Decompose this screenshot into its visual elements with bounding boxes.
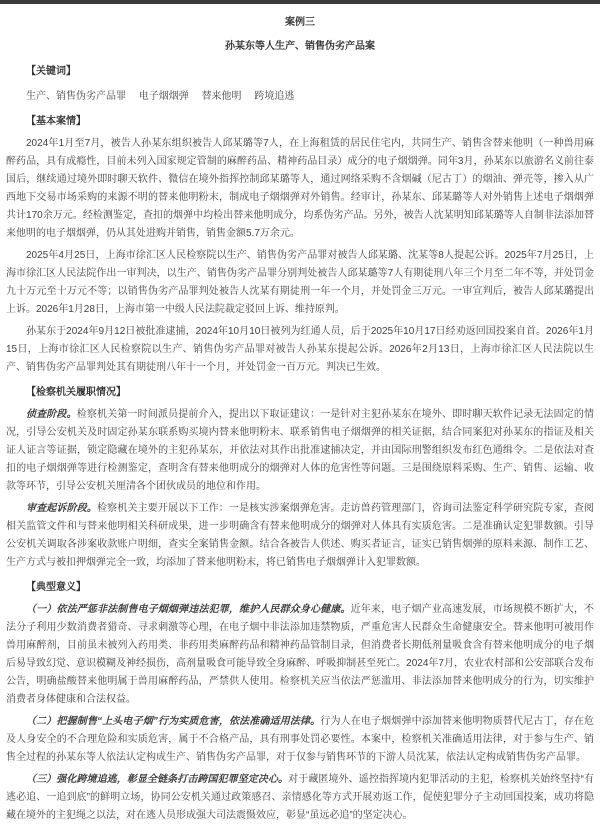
basic-facts-paragraph-1: 2024年1月至7月，被告人孙某东组织被告人邱某璐等7人，在上海租赁的居民住宅内… — [6, 135, 594, 243]
significance-lead-2: （二）把握制售“上头电子烟”行为实质危害，依法准确适用法律。 — [26, 716, 320, 727]
stage-lead-investigation: 侦查阶段。 — [26, 409, 77, 420]
significance-paragraph-2: （二）把握制售“上头电子烟”行为实质危害，依法准确适用法律。行为人在电子烟烟弹中… — [6, 713, 594, 767]
case-number-title: 案例三 — [6, 13, 594, 32]
basic-facts-heading: 【基本案情】 — [6, 113, 594, 131]
keywords-line: 生产、销售伪劣产品罪 电子烟烟弹 替来他明 跨境追逃 — [6, 88, 594, 106]
keyword-item: 电子烟烟弹 — [139, 91, 189, 102]
duty-paragraph-investigation: 侦查阶段。检察机关第一时间派员提前介入，提出以下取证建议：一是针对主犯孙某东在境… — [6, 406, 594, 496]
significance-lead-3: （三）强化跨境追逃，彰显全链条打击跨国犯罪坚定决心。 — [26, 774, 288, 785]
stage-body-investigation: 检察机关第一时间派员提前介入，提出以下取证建议：一是针对主犯孙某东在境外、即时聊… — [6, 409, 594, 492]
keywords-heading: 【关键词】 — [6, 63, 594, 81]
significance-lead-1: （一）依法严惩非法制售电子烟烟弹违法犯罪，维护人民群众身心健康。 — [26, 604, 351, 615]
stage-lead-prosecution-review: 审查起诉阶段。 — [26, 503, 97, 514]
significance-heading: 【典型意义】 — [6, 579, 594, 597]
keyword-item: 跨境追逃 — [254, 91, 294, 102]
significance-body-1: 近年来，电子烟产业高速发展，市场规模不断扩大，不法分子利用少数消费者猎奇、寻求刺… — [6, 604, 594, 705]
significance-paragraph-3: （三）强化跨境追逃，彰显全链条打击跨国犯罪坚定决心。对于藏匿境外、遥控指挥境内犯… — [6, 771, 594, 825]
keyword-item: 替来他明 — [202, 91, 242, 102]
keyword-item: 生产、销售伪劣产品罪 — [26, 91, 126, 102]
duty-heading: 【检察机关履职情况】 — [6, 384, 594, 402]
duty-paragraph-prosecution-review: 审查起诉阶段。检察机关主要开展以下工作：一是核实涉案烟弹危害。走访兽药管理部门，… — [6, 500, 594, 572]
case-document: 案例三 孙某东等人生产、销售伪劣产品案 【关键词】 生产、销售伪劣产品罪 电子烟… — [0, 4, 600, 833]
basic-facts-paragraph-3: 孙某东于2024年9月12日被批准逮捕，2024年10月10日被列为红通人员，后… — [6, 323, 594, 377]
case-title: 孙某东等人生产、销售伪劣产品案 — [6, 37, 594, 56]
basic-facts-paragraph-2: 2025年4月25日，上海市徐汇区人民检察院以生产、销售伪劣产品罪对被告人邱某璐… — [6, 247, 594, 319]
significance-paragraph-1: （一）依法严惩非法制售电子烟烟弹违法犯罪，维护人民群众身心健康。近年来，电子烟产… — [6, 601, 594, 709]
